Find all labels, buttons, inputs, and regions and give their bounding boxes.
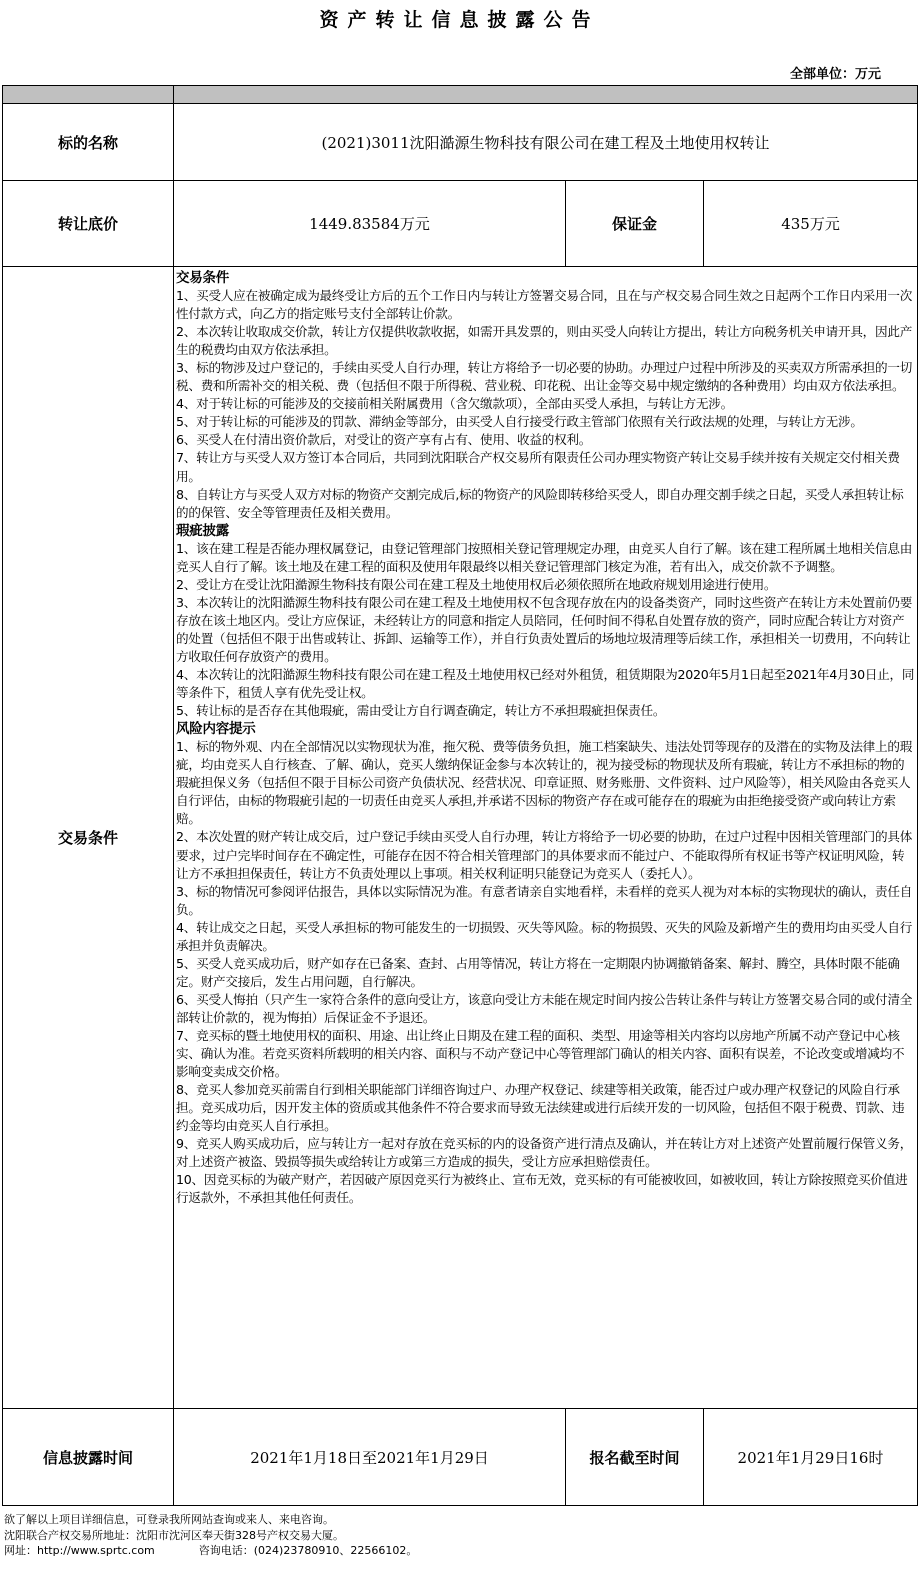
defect-item: 2、受让方在受让沈阳澔源生物科技有限公司在建工程及土地使用权后必须依照所在地政府…	[176, 576, 915, 594]
page-title: 资产转让信息披露公告	[0, 6, 919, 34]
footer-address: 沈阳联合产权交易所地址：沈阳市沈河区奉天街328号产权交易大厦。	[4, 1528, 417, 1544]
price-value: 1449.83584万元	[174, 181, 566, 267]
price-label: 转让底价	[3, 181, 174, 267]
risk-item: 10、因竞买标的为破产财产，若因破产原因竞买行为被终止、宣布无效，竞买标的有可能…	[176, 1171, 915, 1207]
risk-item: 6、买受人悔拍（只产生一家符合条件的意向受让方，该意向受让方未能在规定时间内按公…	[176, 991, 915, 1027]
trade-item: 5、对于转让标的可能涉及的罚款、滞纳金等部分，由买受人自行接受行政主管部门依照有…	[176, 413, 915, 431]
phone-number: 咨询电话：(024)23780910、22566102。	[199, 1544, 418, 1557]
section-heading-risks: 风险内容提示	[176, 720, 915, 738]
conditions-content: 交易条件 1、买受人应在被确定成为最终受让方后的五个工作日内与转让方签署交易合同…	[174, 267, 918, 1409]
website-link[interactable]: 网址：http://www.sprtc.com	[4, 1544, 155, 1557]
trade-item: 4、对于转让标的可能涉及的交接前相关附属费用（含欠缴款项），全部由买受人承担，与…	[176, 395, 915, 413]
disclosure-label: 信息披露时间	[3, 1409, 174, 1506]
row-dates: 信息披露时间 2021年1月18日至2021年1月29日 报名截至时间 2021…	[3, 1409, 918, 1506]
row-conditions: 交易条件 交易条件 1、买受人应在被确定成为最终受让方后的五个工作日内与转让方签…	[3, 267, 918, 1409]
defect-item: 3、本次转让的沈阳澔源生物科技有限公司在建工程及土地使用权不包含现存放在内的设备…	[176, 594, 915, 666]
risk-item: 1、标的物外观、内在全部情况以实物现状为准，拖欠税、费等债务负担，施工档案缺失、…	[176, 738, 915, 828]
defect-item: 4、本次转让的沈阳澔源生物科技有限公司在建工程及土地使用权已经对外租赁，租赁期限…	[176, 666, 915, 702]
trade-item: 6、买受人在付清出资价款后，对受让的资产享有占有、使用、收益的权利。	[176, 431, 915, 449]
defect-item: 5、转让标的是否存在其他瑕疵，需由受让方自行调查确定，转让方不承担瑕疵担保责任。	[176, 702, 915, 720]
risk-item: 9、竞买人购买成功后，应与转让方一起对存放在竞买标的内的设备资产进行清点及确认，…	[176, 1135, 915, 1171]
header-band-left	[3, 86, 174, 104]
section-heading-trade: 交易条件	[176, 269, 915, 287]
disclosure-value: 2021年1月18日至2021年1月29日	[174, 1409, 566, 1506]
footer-contact: 网址：http://www.sprtc.com咨询电话：(024)2378091…	[4, 1543, 417, 1559]
deposit-label: 保证金	[566, 181, 704, 267]
risk-item: 5、买受人竞买成功后，财产如存在已备案、查封、占用等情况，转让方将在一定期限内协…	[176, 955, 915, 991]
risk-item: 8、竞买人参加竞买前需自行到相关职能部门详细咨询过户、办理产权登记、续建等相关政…	[176, 1081, 915, 1135]
footer: 欲了解以上项目详细信息，可登录我所网站查询或来人、来电咨询。 沈阳联合产权交易所…	[4, 1512, 417, 1559]
name-value: (2021)3011沈阳澔源生物科技有限公司在建工程及土地使用权转让	[174, 104, 918, 181]
deadline-value: 2021年1月29日16时	[704, 1409, 918, 1506]
trade-item: 7、转让方与买受人双方签订本合同后，共同到沈阳联合产权交易所有限责任公司办理实物…	[176, 449, 915, 485]
row-price: 转让底价 1449.83584万元 保证金 435万元	[3, 181, 918, 267]
name-label: 标的名称	[3, 104, 174, 181]
risk-item: 2、本次处置的财产转让成交后，过户登记手续由买受人自行办理，转让方将给予一切必要…	[176, 828, 915, 882]
defect-item: 1、该在建工程是否能办理权属登记，由登记管理部门按照相关登记管理规定办理，由竞买…	[176, 540, 915, 576]
risk-item: 7、竞买标的暨土地使用权的面积、用途、出让终止日期及在建工程的面积、类型、用途等…	[176, 1027, 915, 1081]
conditions-label: 交易条件	[3, 267, 174, 1409]
risk-item: 3、标的物情况可参阅评估报告，具体以实际情况为准。有意者请亲自实地看样，未看样的…	[176, 883, 915, 919]
footer-info: 欲了解以上项目详细信息，可登录我所网站查询或来人、来电咨询。	[4, 1512, 417, 1528]
trade-item: 1、买受人应在被确定成为最终受让方后的五个工作日内与转让方签署交易合同，且在与产…	[176, 287, 915, 323]
section-heading-defects: 瑕疵披露	[176, 522, 915, 540]
deposit-value: 435万元	[704, 181, 918, 267]
deadline-label: 报名截至时间	[566, 1409, 704, 1506]
trade-item: 8、自转让方与买受人双方对标的物资产交割完成后,标的物资产的风险即转移给买受人，…	[176, 486, 915, 522]
risk-item: 4、转让成交之日起，买受人承担标的物可能发生的一切损毁、灭失等风险。标的物损毁、…	[176, 919, 915, 955]
unit-note: 全部单位：万元	[790, 66, 881, 84]
row-name: 标的名称 (2021)3011沈阳澔源生物科技有限公司在建工程及土地使用权转让	[3, 104, 918, 181]
header-band-right	[174, 86, 918, 104]
trade-item: 3、标的物涉及过户登记的，手续由买受人自行办理，转让方将给予一切必要的协助。办理…	[176, 359, 915, 395]
header-band	[3, 86, 918, 104]
trade-item: 2、本次转让收取成交价款，转让方仅提供收款收据，如需开具发票的，则由买受人向转让…	[176, 323, 915, 359]
announcement-table: 标的名称 (2021)3011沈阳澔源生物科技有限公司在建工程及土地使用权转让 …	[2, 85, 918, 1506]
